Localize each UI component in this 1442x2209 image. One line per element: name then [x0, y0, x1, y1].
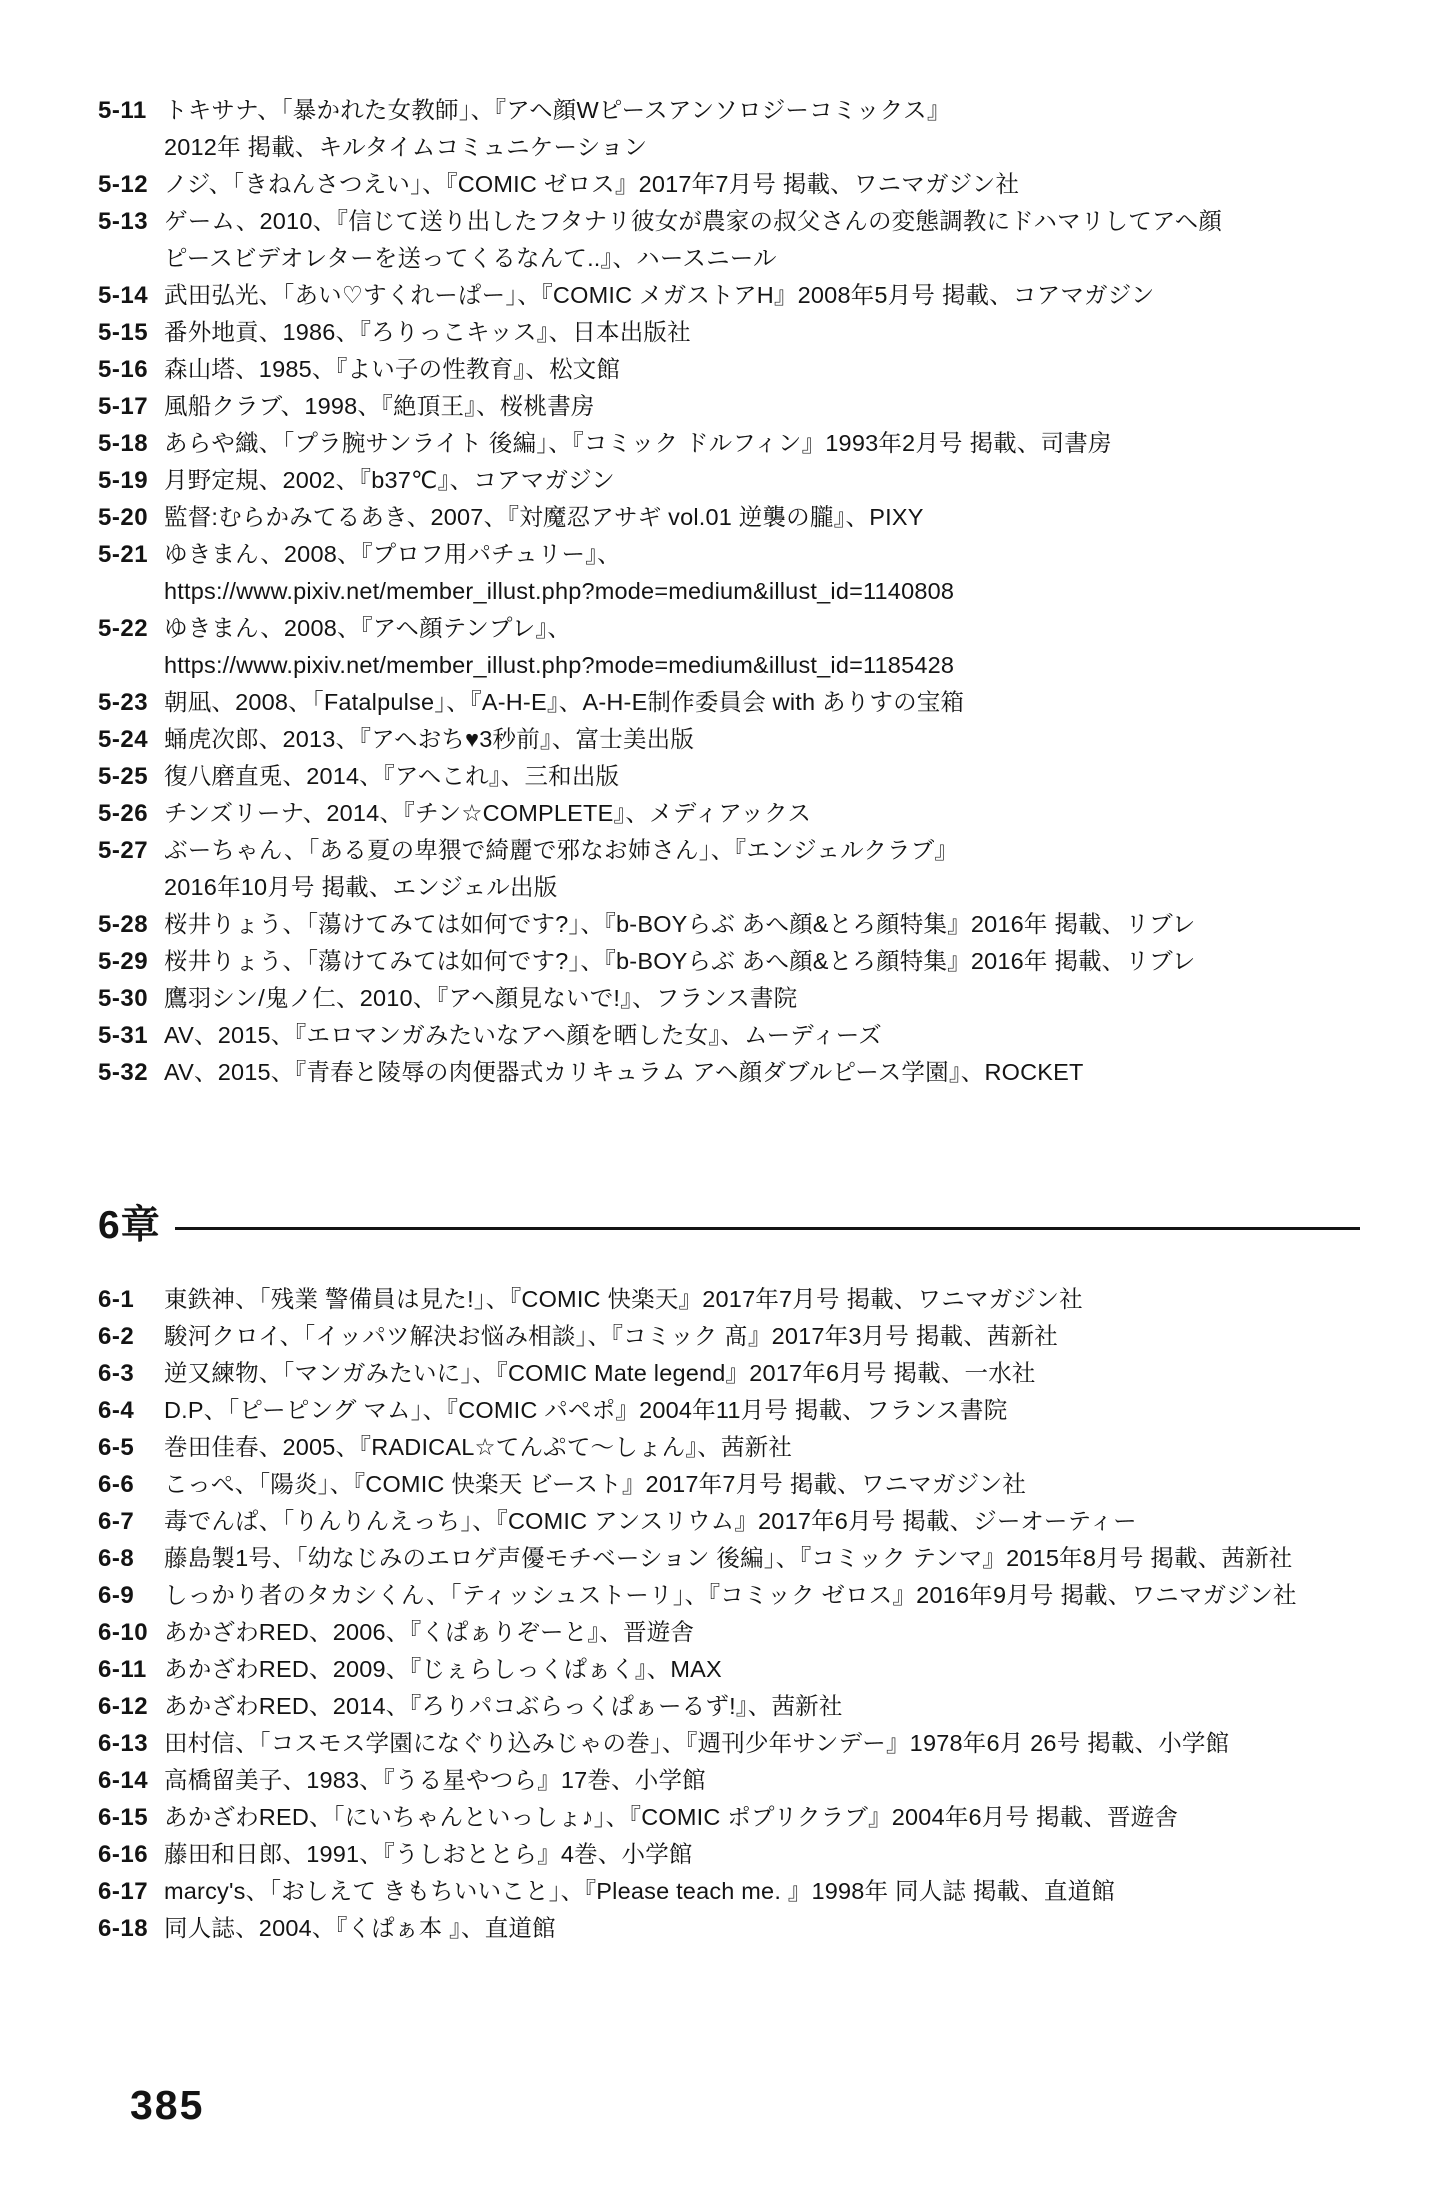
entry-line: 森山塔、1985、『よい子の性教育』、松文館: [164, 351, 1360, 388]
entry-line: 2016年10月号 掲載、エンジェル出版: [164, 869, 1360, 906]
entry-number: 5-23: [98, 684, 164, 721]
entry-line: ゆきまん、2008、『アヘ顔テンプレ』、: [164, 610, 1360, 647]
entry-number: 5-28: [98, 906, 164, 943]
entry-text: 同人誌、2004、『くぱぁ本 』、直道館: [164, 1910, 1360, 1947]
entry-text: あかざわRED、2006、『くぱぁりぞーと』、晋遊舎: [164, 1614, 1360, 1651]
entry-line: あかざわRED、2014、『ろりパコぶらっくぱぁーるず!』、茜新社: [164, 1688, 1360, 1725]
reference-entry: 5-29 桜井りょう、「蕩けてみては如何です?」、『b-BOYらぶ あへ顔&とろ…: [98, 943, 1360, 980]
reference-entry: 5-13 ゲーム、2010、『信じて送り出したフタナリ彼女が農家の叔父さんの変態…: [98, 203, 1360, 277]
entry-line: ノジ、「きねんさつえい」、『COMIC ゼロス』2017年7月号 掲載、ワニマガ…: [164, 166, 1360, 203]
entry-number: 5-13: [98, 203, 164, 240]
entry-number: 5-16: [98, 351, 164, 388]
entry-number: 6-13: [98, 1725, 164, 1762]
entry-text: チンズリーナ、2014、『チン☆COMPLETE』、メディアックス: [164, 795, 1360, 832]
entry-line: 朝凪、2008、「Fatalpulse」、『A-H-E』、A-H-E制作委員会 …: [164, 684, 1360, 721]
entry-text: あかざわRED、2009、『じぇらしっくぱぁく』、MAX: [164, 1651, 1360, 1688]
reference-entry: 5-30 鷹羽シン/鬼ノ仁、2010、『アヘ顔見ないで!』、フランス書院: [98, 980, 1360, 1017]
entry-line: 藤田和日郎、1991、『うしおととら』4巻、小学館: [164, 1836, 1360, 1873]
entry-number: 5-17: [98, 388, 164, 425]
entry-line: ぶーちゃん、「ある夏の卑猥で綺麗で邪なお姉さん」、『エンジェルクラブ』: [164, 832, 1360, 869]
entry-line: 高橋留美子、1983、『うる星やつら』17巻、小学館: [164, 1762, 1360, 1799]
entry-number: 5-25: [98, 758, 164, 795]
reference-entry: 5-11 トキサナ、「暴かれた女教師」、『アヘ顔Wピースアンソロジーコミックス』…: [98, 92, 1360, 166]
entry-number: 6-2: [98, 1318, 164, 1355]
reference-entry: 6-14 高橋留美子、1983、『うる星やつら』17巻、小学館: [98, 1762, 1360, 1799]
entry-text: 月野定規、2002、『b37℃』、コアマガジン: [164, 462, 1360, 499]
entry-line: 桜井りょう、「蕩けてみては如何です?」、『b-BOYらぶ あへ顔&とろ顔特集』2…: [164, 906, 1360, 943]
entry-line: AV、2015、『エロマンガみたいなアヘ顔を晒した女』、ムーディーズ: [164, 1017, 1360, 1054]
entry-line: 監督:むらかみてるあき、2007、『対魔忍アサギ vol.01 逆襲の朧』、PI…: [164, 499, 1360, 536]
entry-number: 5-18: [98, 425, 164, 462]
entry-text: AV、2015、『エロマンガみたいなアヘ顔を晒した女』、ムーディーズ: [164, 1017, 1360, 1054]
reference-entry: 6-5 巻田佳春、2005、『RADICAL☆てんぷて〜しょん』、茜新社: [98, 1429, 1360, 1466]
entry-number: 6-4: [98, 1392, 164, 1429]
entry-line: 藤島製1号、「幼なじみのエロゲ声優モチベーション 後編」、『コミック テンマ』2…: [164, 1540, 1360, 1577]
entry-text: 藤島製1号、「幼なじみのエロゲ声優モチベーション 後編」、『コミック テンマ』2…: [164, 1540, 1360, 1577]
entry-line: 逆又練物、「マンガみたいに」、『COMIC Mate legend』2017年6…: [164, 1355, 1360, 1392]
entry-text: 藤田和日郎、1991、『うしおととら』4巻、小学館: [164, 1836, 1360, 1873]
reference-entry: 6-18 同人誌、2004、『くぱぁ本 』、直道館: [98, 1910, 1360, 1947]
entry-line: ゲーム、2010、『信じて送り出したフタナリ彼女が農家の叔父さんの変態調教にドハ…: [164, 203, 1360, 240]
entry-line: 毒でんぱ、「りんりんえっち」、『COMIC アンスリウム』2017年6月号 掲載…: [164, 1503, 1360, 1540]
entry-line: 鷹羽シン/鬼ノ仁、2010、『アヘ顔見ないで!』、フランス書院: [164, 980, 1360, 1017]
page-number: 385: [130, 2082, 204, 2129]
entry-number: 5-12: [98, 166, 164, 203]
entry-number: 5-19: [98, 462, 164, 499]
entry-line: こっぺ、「陽炎」、『COMIC 快楽天 ビースト』2017年7月号 掲載、ワニマ…: [164, 1466, 1360, 1503]
entry-number: 6-7: [98, 1503, 164, 1540]
reference-entry: 6-4 D.P、「ピーピング マム」、『COMIC パペポ』2004年11月号 …: [98, 1392, 1360, 1429]
entry-line: あらや織、「プラ腕サンライト 後編」、『コミック ドルフィン』1993年2月号 …: [164, 425, 1360, 462]
reference-entry: 5-14 武田弘光、「あい♡すくれーぱー」、『COMIC メガストアH』2008…: [98, 277, 1360, 314]
reference-entry: 5-26 チンズリーナ、2014、『チン☆COMPLETE』、メディアックス: [98, 795, 1360, 832]
entry-text: marcy's、「おしえて きもちいいこと」、『Please teach me.…: [164, 1873, 1360, 1910]
section-heading-label: 6章: [98, 1203, 161, 1249]
entry-line: AV、2015、『青春と陵辱の肉便器式カリキュラム アヘ顔ダブルピース学園』、R…: [164, 1054, 1360, 1091]
entry-line: https://www.pixiv.net/member_illust.php?…: [164, 647, 1360, 684]
reference-entry: 6-11 あかざわRED、2009、『じぇらしっくぱぁく』、MAX: [98, 1651, 1360, 1688]
entry-text: 監督:むらかみてるあき、2007、『対魔忍アサギ vol.01 逆襲の朧』、PI…: [164, 499, 1360, 536]
reference-entry: 5-16 森山塔、1985、『よい子の性教育』、松文館: [98, 351, 1360, 388]
reference-entry: 6-10 あかざわRED、2006、『くぱぁりぞーと』、晋遊舎: [98, 1614, 1360, 1651]
entry-text: 桜井りょう、「蕩けてみては如何です?」、『b-BOYらぶ あへ顔&とろ顔特集』2…: [164, 943, 1360, 980]
entry-number: 6-6: [98, 1466, 164, 1503]
entry-text: あかざわRED、2014、『ろりパコぶらっくぱぁーるず!』、茜新社: [164, 1688, 1360, 1725]
entry-line: marcy's、「おしえて きもちいいこと」、『Please teach me.…: [164, 1873, 1360, 1910]
entry-text: ゆきまん、2008、『アヘ顔テンプレ』、https://www.pixiv.ne…: [164, 610, 1360, 684]
entry-line: あかざわRED、2006、『くぱぁりぞーと』、晋遊舎: [164, 1614, 1360, 1651]
reference-entry: 5-21 ゆきまん、2008、『プロフ用パチュリー』、https://www.p…: [98, 536, 1360, 610]
entry-line: 巻田佳春、2005、『RADICAL☆てんぷて〜しょん』、茜新社: [164, 1429, 1360, 1466]
entry-number: 6-10: [98, 1614, 164, 1651]
reference-entry: 5-19 月野定規、2002、『b37℃』、コアマガジン: [98, 462, 1360, 499]
section-heading-rule: [175, 1227, 1360, 1230]
entry-line: 蛹虎次郎、2013、『アヘおち♥3秒前』、富士美出版: [164, 721, 1360, 758]
entry-text: ゲーム、2010、『信じて送り出したフタナリ彼女が農家の叔父さんの変態調教にドハ…: [164, 203, 1360, 277]
entry-number: 5-20: [98, 499, 164, 536]
reference-sections: 5-11 トキサナ、「暴かれた女教師」、『アヘ顔Wピースアンソロジーコミックス』…: [98, 92, 1360, 1947]
book-page: 5-11 トキサナ、「暴かれた女教師」、『アヘ顔Wピースアンソロジーコミックス』…: [0, 0, 1442, 2209]
reference-entry: 5-12 ノジ、「きねんさつえい」、『COMIC ゼロス』2017年7月号 掲載…: [98, 166, 1360, 203]
entry-text: トキサナ、「暴かれた女教師」、『アヘ顔Wピースアンソロジーコミックス』2012年…: [164, 92, 1360, 166]
reference-entry: 5-24 蛹虎次郎、2013、『アヘおち♥3秒前』、富士美出版: [98, 721, 1360, 758]
entry-line: https://www.pixiv.net/member_illust.php?…: [164, 573, 1360, 610]
entry-number: 5-24: [98, 721, 164, 758]
entry-number: 6-16: [98, 1836, 164, 1873]
reference-entry: 5-25 復八磨直兎、2014、『アヘこれ』、三和出版: [98, 758, 1360, 795]
reference-entry: 6-9 しっかり者のタカシくん、「ティッシュストーリ」、『コミック ゼロス』20…: [98, 1577, 1360, 1614]
entry-number: 6-17: [98, 1873, 164, 1910]
entry-line: しっかり者のタカシくん、「ティッシュストーリ」、『コミック ゼロス』2016年9…: [164, 1577, 1360, 1614]
entry-text: 蛹虎次郎、2013、『アヘおち♥3秒前』、富士美出版: [164, 721, 1360, 758]
entry-text: こっぺ、「陽炎」、『COMIC 快楽天 ビースト』2017年7月号 掲載、ワニマ…: [164, 1466, 1360, 1503]
entry-text: 東鉄神、「残業 警備員は見た!」、『COMIC 快楽天』2017年7月号 掲載、…: [164, 1281, 1360, 1318]
entry-text: 鷹羽シン/鬼ノ仁、2010、『アヘ顔見ないで!』、フランス書院: [164, 980, 1360, 1017]
reference-entry: 6-15 あかざわRED、「にいちゃんといっしょ♪」、『COMIC ポプリクラブ…: [98, 1799, 1360, 1836]
entry-text: しっかり者のタカシくん、「ティッシュストーリ」、『コミック ゼロス』2016年9…: [164, 1577, 1360, 1614]
entry-line: トキサナ、「暴かれた女教師」、『アヘ顔Wピースアンソロジーコミックス』: [164, 92, 1360, 129]
entry-text: D.P、「ピーピング マム」、『COMIC パペポ』2004年11月号 掲載、フ…: [164, 1392, 1360, 1429]
entry-line: 風船クラブ、1998、『絶頂王』、桜桃書房: [164, 388, 1360, 425]
reference-entry: 5-20 監督:むらかみてるあき、2007、『対魔忍アサギ vol.01 逆襲の…: [98, 499, 1360, 536]
entry-number: 5-27: [98, 832, 164, 869]
entry-text: 森山塔、1985、『よい子の性教育』、松文館: [164, 351, 1360, 388]
entry-number: 5-11: [98, 92, 164, 129]
entry-line: あかざわRED、2009、『じぇらしっくぱぁく』、MAX: [164, 1651, 1360, 1688]
reference-entry: 6-13 田村信、「コスモス学園になぐり込みじゃの巻」、『週刊少年サンデー』19…: [98, 1725, 1360, 1762]
reference-entry: 6-1 東鉄神、「残業 警備員は見た!」、『COMIC 快楽天』2017年7月号…: [98, 1281, 1360, 1318]
reference-entry: 5-31 AV、2015、『エロマンガみたいなアヘ顔を晒した女』、ムーディーズ: [98, 1017, 1360, 1054]
entry-text: あかざわRED、「にいちゃんといっしょ♪」、『COMIC ポプリクラブ』2004…: [164, 1799, 1360, 1836]
entry-text: 武田弘光、「あい♡すくれーぱー」、『COMIC メガストアH』2008年5月号 …: [164, 277, 1360, 314]
reference-entry: 6-6 こっぺ、「陽炎」、『COMIC 快楽天 ビースト』2017年7月号 掲載…: [98, 1466, 1360, 1503]
entry-text: 復八磨直兎、2014、『アヘこれ』、三和出版: [164, 758, 1360, 795]
reference-entry: 6-3 逆又練物、「マンガみたいに」、『COMIC Mate legend』20…: [98, 1355, 1360, 1392]
entry-line: 月野定規、2002、『b37℃』、コアマガジン: [164, 462, 1360, 499]
entry-line: ピースビデオレターを送ってくるなんて..』、ハースニール: [164, 240, 1360, 277]
entry-line: 駿河クロイ、「イッパツ解決お悩み相談」、『コミック 髙』2017年3月号 掲載、…: [164, 1318, 1360, 1355]
entry-text: 桜井りょう、「蕩けてみては如何です?」、『b-BOYらぶ あへ顔&とろ顔特集』2…: [164, 906, 1360, 943]
entry-number: 5-31: [98, 1017, 164, 1054]
reference-entry: 6-8 藤島製1号、「幼なじみのエロゲ声優モチベーション 後編」、『コミック テ…: [98, 1540, 1360, 1577]
reference-entry: 5-27 ぶーちゃん、「ある夏の卑猥で綺麗で邪なお姉さん」、『エンジェルクラブ』…: [98, 832, 1360, 906]
reference-entry: 5-15 番外地貢、1986、『ろりっこキッス』、日本出版社: [98, 314, 1360, 351]
entry-text: AV、2015、『青春と陵辱の肉便器式カリキュラム アヘ顔ダブルピース学園』、R…: [164, 1054, 1360, 1091]
entry-line: 武田弘光、「あい♡すくれーぱー」、『COMIC メガストアH』2008年5月号 …: [164, 277, 1360, 314]
entry-number: 6-12: [98, 1688, 164, 1725]
entry-number: 6-5: [98, 1429, 164, 1466]
entry-line: 復八磨直兎、2014、『アヘこれ』、三和出版: [164, 758, 1360, 795]
entry-number: 6-15: [98, 1799, 164, 1836]
entry-number: 6-8: [98, 1540, 164, 1577]
entry-text: 番外地貢、1986、『ろりっこキッス』、日本出版社: [164, 314, 1360, 351]
entry-line: あかざわRED、「にいちゃんといっしょ♪」、『COMIC ポプリクラブ』2004…: [164, 1799, 1360, 1836]
entry-number: 5-15: [98, 314, 164, 351]
entry-text: あらや織、「プラ腕サンライト 後編」、『コミック ドルフィン』1993年2月号 …: [164, 425, 1360, 462]
entry-line: 同人誌、2004、『くぱぁ本 』、直道館: [164, 1910, 1360, 1947]
entry-text: 高橋留美子、1983、『うる星やつら』17巻、小学館: [164, 1762, 1360, 1799]
entry-number: 5-32: [98, 1054, 164, 1091]
entry-number: 6-3: [98, 1355, 164, 1392]
entry-number: 5-30: [98, 980, 164, 1017]
entry-text: 朝凪、2008、「Fatalpulse」、『A-H-E』、A-H-E制作委員会 …: [164, 684, 1360, 721]
reference-entry: 5-32 AV、2015、『青春と陵辱の肉便器式カリキュラム アヘ顔ダブルピース…: [98, 1054, 1360, 1091]
entry-text: 駿河クロイ、「イッパツ解決お悩み相談」、『コミック 髙』2017年3月号 掲載、…: [164, 1318, 1360, 1355]
reference-entry: 5-18 あらや織、「プラ腕サンライト 後編」、『コミック ドルフィン』1993…: [98, 425, 1360, 462]
entry-number: 6-14: [98, 1762, 164, 1799]
reference-entry: 6-16 藤田和日郎、1991、『うしおととら』4巻、小学館: [98, 1836, 1360, 1873]
entry-line: D.P、「ピーピング マム」、『COMIC パペポ』2004年11月号 掲載、フ…: [164, 1392, 1360, 1429]
entry-number: 5-21: [98, 536, 164, 573]
section-heading: 6章: [98, 1203, 1360, 1249]
entry-text: ぶーちゃん、「ある夏の卑猥で綺麗で邪なお姉さん」、『エンジェルクラブ』2016年…: [164, 832, 1360, 906]
entry-text: 巻田佳春、2005、『RADICAL☆てんぷて〜しょん』、茜新社: [164, 1429, 1360, 1466]
entry-number: 6-9: [98, 1577, 164, 1614]
reference-entry: 5-22 ゆきまん、2008、『アヘ顔テンプレ』、https://www.pix…: [98, 610, 1360, 684]
entry-number: 6-11: [98, 1651, 164, 1688]
entry-line: 東鉄神、「残業 警備員は見た!」、『COMIC 快楽天』2017年7月号 掲載、…: [164, 1281, 1360, 1318]
reference-entry: 5-23 朝凪、2008、「Fatalpulse」、『A-H-E』、A-H-E制…: [98, 684, 1360, 721]
reference-entry: 5-17 風船クラブ、1998、『絶頂王』、桜桃書房: [98, 388, 1360, 425]
reference-entry: 6-17 marcy's、「おしえて きもちいいこと」、『Please teac…: [98, 1873, 1360, 1910]
entry-number: 5-29: [98, 943, 164, 980]
entry-text: 風船クラブ、1998、『絶頂王』、桜桃書房: [164, 388, 1360, 425]
entry-number: 5-22: [98, 610, 164, 647]
entry-line: ゆきまん、2008、『プロフ用パチュリー』、: [164, 536, 1360, 573]
reference-entry: 6-12 あかざわRED、2014、『ろりパコぶらっくぱぁーるず!』、茜新社: [98, 1688, 1360, 1725]
entry-text: 逆又練物、「マンガみたいに」、『COMIC Mate legend』2017年6…: [164, 1355, 1360, 1392]
reference-entry: 6-2 駿河クロイ、「イッパツ解決お悩み相談」、『コミック 髙』2017年3月号…: [98, 1318, 1360, 1355]
entry-line: 2012年 掲載、キルタイムコミュニケーション: [164, 129, 1360, 166]
entry-number: 6-18: [98, 1910, 164, 1947]
entry-number: 5-26: [98, 795, 164, 832]
entry-line: チンズリーナ、2014、『チン☆COMPLETE』、メディアックス: [164, 795, 1360, 832]
entry-number: 6-1: [98, 1281, 164, 1318]
entry-line: 田村信、「コスモス学園になぐり込みじゃの巻」、『週刊少年サンデー』1978年6月…: [164, 1725, 1360, 1762]
entry-line: 桜井りょう、「蕩けてみては如何です?」、『b-BOYらぶ あへ顔&とろ顔特集』2…: [164, 943, 1360, 980]
reference-entry: 5-28 桜井りょう、「蕩けてみては如何です?」、『b-BOYらぶ あへ顔&とろ…: [98, 906, 1360, 943]
entry-line: 番外地貢、1986、『ろりっこキッス』、日本出版社: [164, 314, 1360, 351]
entry-text: 田村信、「コスモス学園になぐり込みじゃの巻」、『週刊少年サンデー』1978年6月…: [164, 1725, 1360, 1762]
entry-text: ノジ、「きねんさつえい」、『COMIC ゼロス』2017年7月号 掲載、ワニマガ…: [164, 166, 1360, 203]
entry-text: ゆきまん、2008、『プロフ用パチュリー』、https://www.pixiv.…: [164, 536, 1360, 610]
entry-number: 5-14: [98, 277, 164, 314]
entry-text: 毒でんぱ、「りんりんえっち」、『COMIC アンスリウム』2017年6月号 掲載…: [164, 1503, 1360, 1540]
reference-entry: 6-7 毒でんぱ、「りんりんえっち」、『COMIC アンスリウム』2017年6月…: [98, 1503, 1360, 1540]
